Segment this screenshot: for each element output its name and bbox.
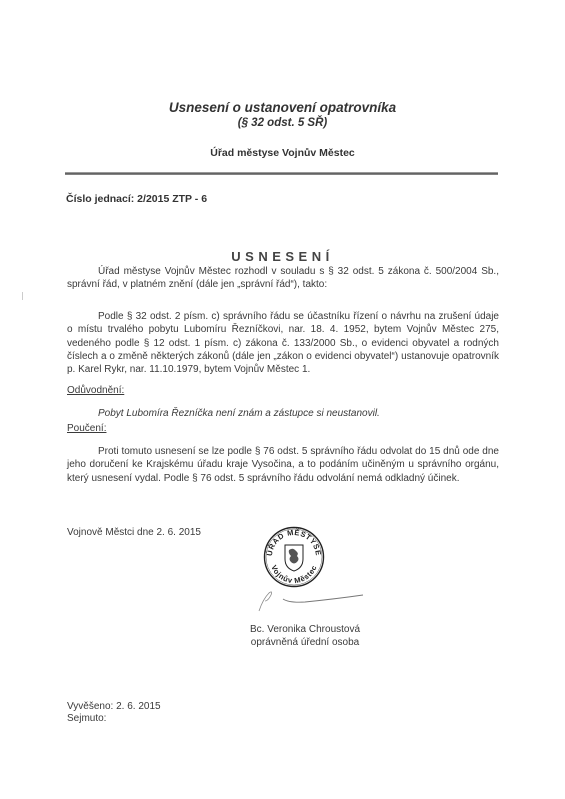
document-title: Usnesení o ustanovení opatrovníka bbox=[0, 100, 565, 115]
issuing-office: Úřad městyse Vojnův Městec bbox=[0, 147, 565, 159]
signer-name: Bc. Veronika Chroustová bbox=[230, 623, 380, 636]
official-stamp-icon: ÚŘAD MĚSTYSE Vojnův Městec bbox=[263, 526, 325, 588]
reference-number: Číslo jednací: 2/2015 ZTP - 6 bbox=[66, 193, 207, 205]
paragraph-3-text: Proti tomuto usnesení se lze podle § 76 … bbox=[67, 446, 499, 484]
posting-info: Vyvěšeno: 2. 6. 2015 Sejmuto: bbox=[67, 701, 161, 725]
place-and-date: Vojnově Městci dne 2. 6. 2015 bbox=[67, 527, 201, 538]
removed-date: Sejmuto: bbox=[67, 713, 161, 725]
paragraph-instruction: Proti tomuto usnesení se lze podle § 76 … bbox=[67, 445, 499, 485]
reasoning-label: Odůvodnění: bbox=[67, 385, 124, 396]
paragraph-2-text: Podle § 32 odst. 2 písm. c) správního řá… bbox=[67, 311, 499, 375]
signer-block: Bc. Veronika Chroustová oprávněná úřední… bbox=[230, 623, 380, 649]
paragraph-decision-intro: Úřad městyse Vojnův Městec rozhodl v sou… bbox=[67, 265, 499, 292]
document-subtitle: (§ 32 odst. 5 SŘ) bbox=[0, 117, 565, 129]
posted-date: Vyvěšeno: 2. 6. 2015 bbox=[67, 701, 161, 713]
reasoning-text: Pobyt Lubomíra Řezníčka není znám a zást… bbox=[98, 408, 380, 419]
scan-mark bbox=[22, 292, 23, 300]
paragraph-decision: Podle § 32 odst. 2 písm. c) správního řá… bbox=[67, 310, 499, 376]
paragraph-1-text: Úřad městyse Vojnův Městec rozhodl v sou… bbox=[67, 266, 499, 290]
handwritten-signature-icon bbox=[255, 587, 365, 615]
instruction-label: Poučení: bbox=[67, 423, 106, 434]
signer-role: oprávněná úřední osoba bbox=[230, 636, 380, 649]
header-divider bbox=[65, 172, 498, 175]
resolution-heading: USNESENÍ bbox=[0, 249, 565, 264]
